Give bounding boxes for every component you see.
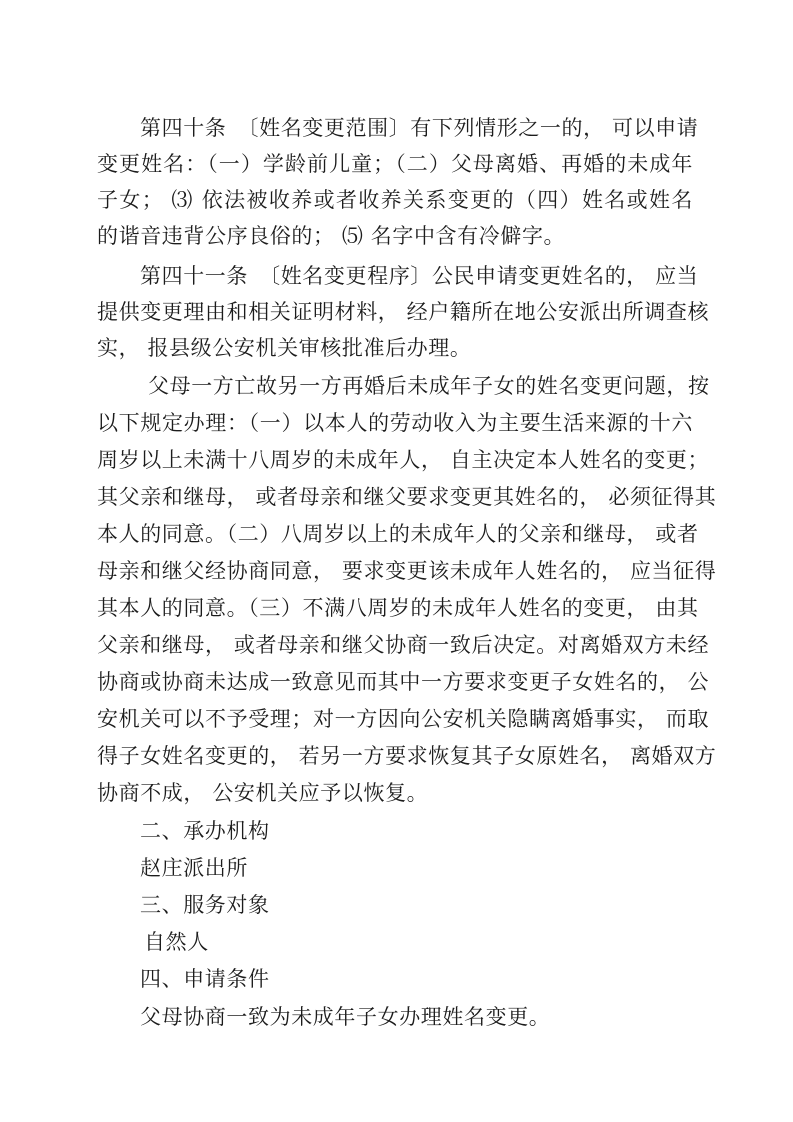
text-line: 安机关可以不予受理；对一方因向公安机关隐瞒离婚事实， 而取 — [97, 706, 693, 732]
text-line: 实， 报县级公安机关审核批准后办理。 — [97, 335, 471, 361]
text-line: 其本人的同意。（三）不满八周岁的未成年人姓名的变更， 由其 — [97, 595, 693, 621]
document-page: 第四十条 〔姓名变更范围〕有下列情形之一的， 可以申请 变更姓名：（一）学龄前儿… — [0, 0, 793, 1122]
text-line: 协商或协商未达成一致意见而其中一方要求变更子女姓名的， 公 — [97, 669, 693, 695]
section-content: 自然人 — [144, 929, 209, 955]
text-line: 父亲和继母， 或者母亲和继父协商一致后决定。对离婚双方未经 — [97, 632, 693, 658]
text-line: 第四十条 〔姓名变更范围〕有下列情形之一的， 可以申请 — [140, 115, 693, 141]
text-line: 第四十一条 〔姓名变更程序〕公民申请变更姓名的， 应当 — [140, 263, 693, 289]
section-content: 父母协商一致为未成年子女办理姓名变更。 — [140, 1004, 550, 1030]
text-line: 协商不成， 公安机关应予以恢复。 — [97, 780, 428, 806]
text-line: 的谐音违背公序良俗的； ⑸ 名字中含有冷僻字。 — [97, 223, 565, 249]
text-line: 得子女姓名变更的， 若另一方要求恢复其子女原姓名， 离婚双方 — [97, 743, 693, 769]
text-line: 变更姓名：（一）学龄前儿童；（二）父母离婚、再婚的未成年 — [97, 151, 693, 177]
text-line: 母亲和继父经协商同意， 要求变更该未成年人姓名的， 应当征得 — [97, 558, 693, 584]
text-line: 周岁以上未满十八周岁的未成年人， 自主决定本人姓名的变更； — [97, 447, 693, 473]
text-line: 提供变更理由和相关证明材料， 经户籍所在地公安派出所调查核 — [97, 299, 693, 325]
section-content: 赵庄派出所 — [140, 855, 248, 881]
section-heading: 二、承办机构 — [140, 818, 270, 844]
text-line: 其父亲和继母， 或者母亲和继父要求变更其姓名的， 必须征得其 — [97, 484, 693, 510]
text-line: 以下规定办理：（一）以本人的劳动收入为主要生活来源的十六 — [97, 410, 693, 436]
text-line: 子女； ⑶ 依法被收养或者收养关系变更的（四）姓名或姓名 — [97, 187, 693, 213]
section-heading: 四、申请条件 — [140, 966, 270, 992]
section-heading: 三、服务对象 — [140, 892, 270, 918]
text-line: 本人的同意。（二）八周岁以上的未成年人的父亲和继母， 或者 — [97, 521, 693, 547]
text-line: 父母一方亡故另一方再婚后未成年子女的姓名变更问题，按 — [148, 373, 693, 399]
